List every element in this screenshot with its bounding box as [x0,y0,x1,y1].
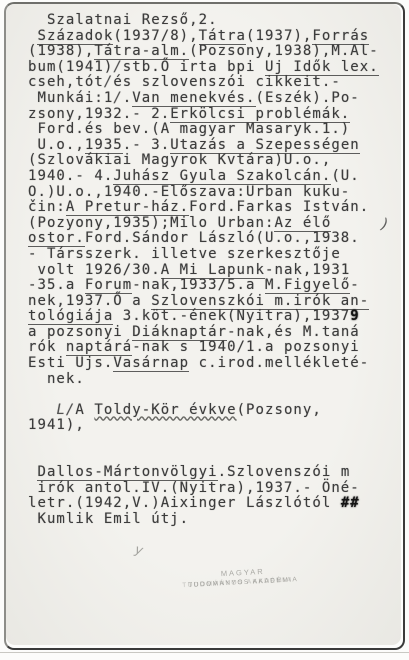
text-segment: Tátra-alm. [94,43,189,60]
text-line: 1940.- 4.Juhász Gyula Szakolcán.(U. [28,169,379,185]
text-segment: irók antol.IV.(Nyitra),1937.- Öné- [28,480,360,496]
text-line: Esti Ujs.Vasárnap c.irod.mellékleté- [28,356,379,372]
text-line: rók naptárá-nak s 1940/1.a pozsonyi [28,340,379,356]
text-segment: M.Figyelő [265,277,350,294]
text-line: tológiája 3.köt.-ének(Nyitra),19379 [28,309,379,325]
text-line: cseh,tót/és szlovenszói cikkeit.- [28,75,379,91]
text-segment: -nak,1931 [265,262,350,278]
text-segment: / [104,74,113,90]
text-segment: cseh,tót [28,74,104,90]
text-segment: (Pozsony,1938),M.Al- [189,43,379,59]
text-segment: c.irod.mellékleté- [189,355,369,371]
text-segment: Munkái:1 [28,90,113,106]
text-line: nek,1937.Ő a Szlovenszkói m.irók an- [28,294,379,310]
text-segment: Erkölcsi problémák. [170,106,350,123]
text-segment: 3.köt.-ének(Nyitra),1937 [113,308,350,324]
text-segment: nek,1937.Ő a [28,293,151,309]
text-line: Munkái:1/.Van menekvés.(Eszék).Po- [28,91,379,107]
text-segment: Van menekvés. [132,90,255,107]
scan-edge-line [0,652,409,653]
text-segment: L/ [56,402,75,418]
text-segment: tológiája [28,308,113,325]
text-segment: bum(1941) [28,59,113,75]
text-line: (1938),Tátra-alm.(Pozsony,1938),M.Al- [28,44,379,60]
text-segment: (Eszék).Po- [256,90,360,106]
text-line: letr.(1942,V.)Aixinger Lászlótól ## [28,496,379,512]
text-line: Szalatnai Rezső,2. [28,13,379,29]
text-segment: / [113,90,122,106]
text-segment: (Pozyony,1935);Milo Urban: [28,215,274,231]
text-segment: - Társszerk. illetve szerkesztője [28,246,341,262]
text-segment: a pozsonyi [28,324,132,340]
text-segment: ostor. [28,230,85,247]
text-line: Dallos-Mártonvölgyi.Szlovenszói m [28,465,379,481]
text-line: -35.a Forum-nak,1933/5.a M.Figyelő- [28,278,379,294]
text-segment: Kumlik Emil útj. [28,511,189,527]
text-segment: volt 1926/30. [28,262,161,278]
text-segment: stb.Ő irta bpi [123,59,265,75]
text-line: (Szlovákiai Magyrok Kvtára)U.o., [28,153,379,169]
text-line: (Pozyony,1935);Milo Urban:Az élő [28,216,379,232]
typewritten-text: Szalatnai Rezső,2. Századok(1937/8),Tátr… [28,13,379,528]
text-segment: 1941), [28,417,85,433]
text-segment: 1940.- 4. [28,168,113,184]
scanned-index-card: Szalatnai Rezső,2. Századok(1937/8),Tátr… [0,0,409,660]
text-segment: (1937/8), [113,28,198,44]
text-segment: O.)U.o.,1940.-Előszava:Urban kuku- [28,184,350,200]
text-line [28,434,379,450]
text-segment: Toldy-Kör évkve [94,402,236,418]
text-segment: Szalatnai Rezső,2. [28,12,218,28]
text-line: volt 1926/30.A Mi Lapunk-nak,1931 [28,263,379,279]
text-line: ostor.Ford.Sándor László(U.o.,1938. [28,231,379,247]
text-segment: / [113,59,122,75]
text-line: nek. [28,372,379,388]
text-line: Századok(1937/8),Tátra(1937),Forrás [28,29,379,45]
text-segment: (1937), [246,28,312,44]
text-segment: Juhász Gyula Szakolcán. [113,168,331,185]
text-line [28,450,379,466]
text-line: U.o.,1935.- 3.Utazás a Szepességen [28,138,379,154]
text-segment: -35.a [28,277,85,293]
text-line: Ford.és bev.(A magyar Masaryk.1.) [28,122,379,138]
text-segment: Esti Ujs. [28,355,113,371]
text-segment: Ford.és bev.(A magyar Masaryk.1.) [28,121,350,137]
text-segment: zsony,1932.- 2. [28,106,170,122]
text-segment: ## [341,495,360,511]
text-line: - Társszerk. illetve szerkesztője [28,247,379,263]
text-line: O.)U.o.,1940.-Előszava:Urban kuku- [28,185,379,201]
text-segment: Ford.Farkas István. [189,199,369,215]
text-segment: . [123,90,132,106]
text-segment [28,402,56,418]
text-segment: (1938), [28,43,94,59]
text-segment: -nak,és M.taná [227,324,360,340]
text-segment: (Szlovákiai Magyrok Kvtára)U.o., [28,152,331,168]
text-line: Kumlik Emil útj. [28,512,379,528]
text-line: 1941), [28,418,379,434]
text-segment: Dallos-Mártonvölgyi [37,464,217,481]
text-segment: naptárá [66,339,132,356]
text-segment: .Szlovenszói m [218,464,351,480]
text-segment: -nak s 1940/1.a pozsonyi [132,339,360,355]
text-segment: (Pozsony, [237,402,322,418]
text-line: zsony,1932.- 2.Erkölcsi problémák. [28,107,379,123]
text-segment: -nak,1933/5.a [132,277,265,293]
text-segment: Ford.Sándor László(U.o.,1938. [85,230,360,246]
text-segment: 9 [350,308,359,324]
text-segment: Vasárnap [113,355,189,372]
text-segment: .- 3. [123,137,170,153]
text-segment: A [75,402,94,418]
text-segment: U.o., [28,137,85,153]
text-line: čin:A Pretur-ház.Ford.Farkas István. [28,200,379,216]
text-segment: és szlovenszói cikkeit.- [113,74,341,90]
text-segment: - [350,277,359,293]
text-segment: (U. [331,168,359,184]
text-line [28,387,379,403]
text-segment: A Mi Lapunk [161,262,265,279]
text-segment: nek. [28,371,85,387]
text-segment: Forum [85,277,132,294]
text-segment: čin: [28,199,66,215]
text-segment: letr.(1942,V.)Aixinger Lászlótól [28,495,341,511]
text-segment: A Pretur-ház. [66,199,189,216]
text-segment: rók [28,339,66,355]
